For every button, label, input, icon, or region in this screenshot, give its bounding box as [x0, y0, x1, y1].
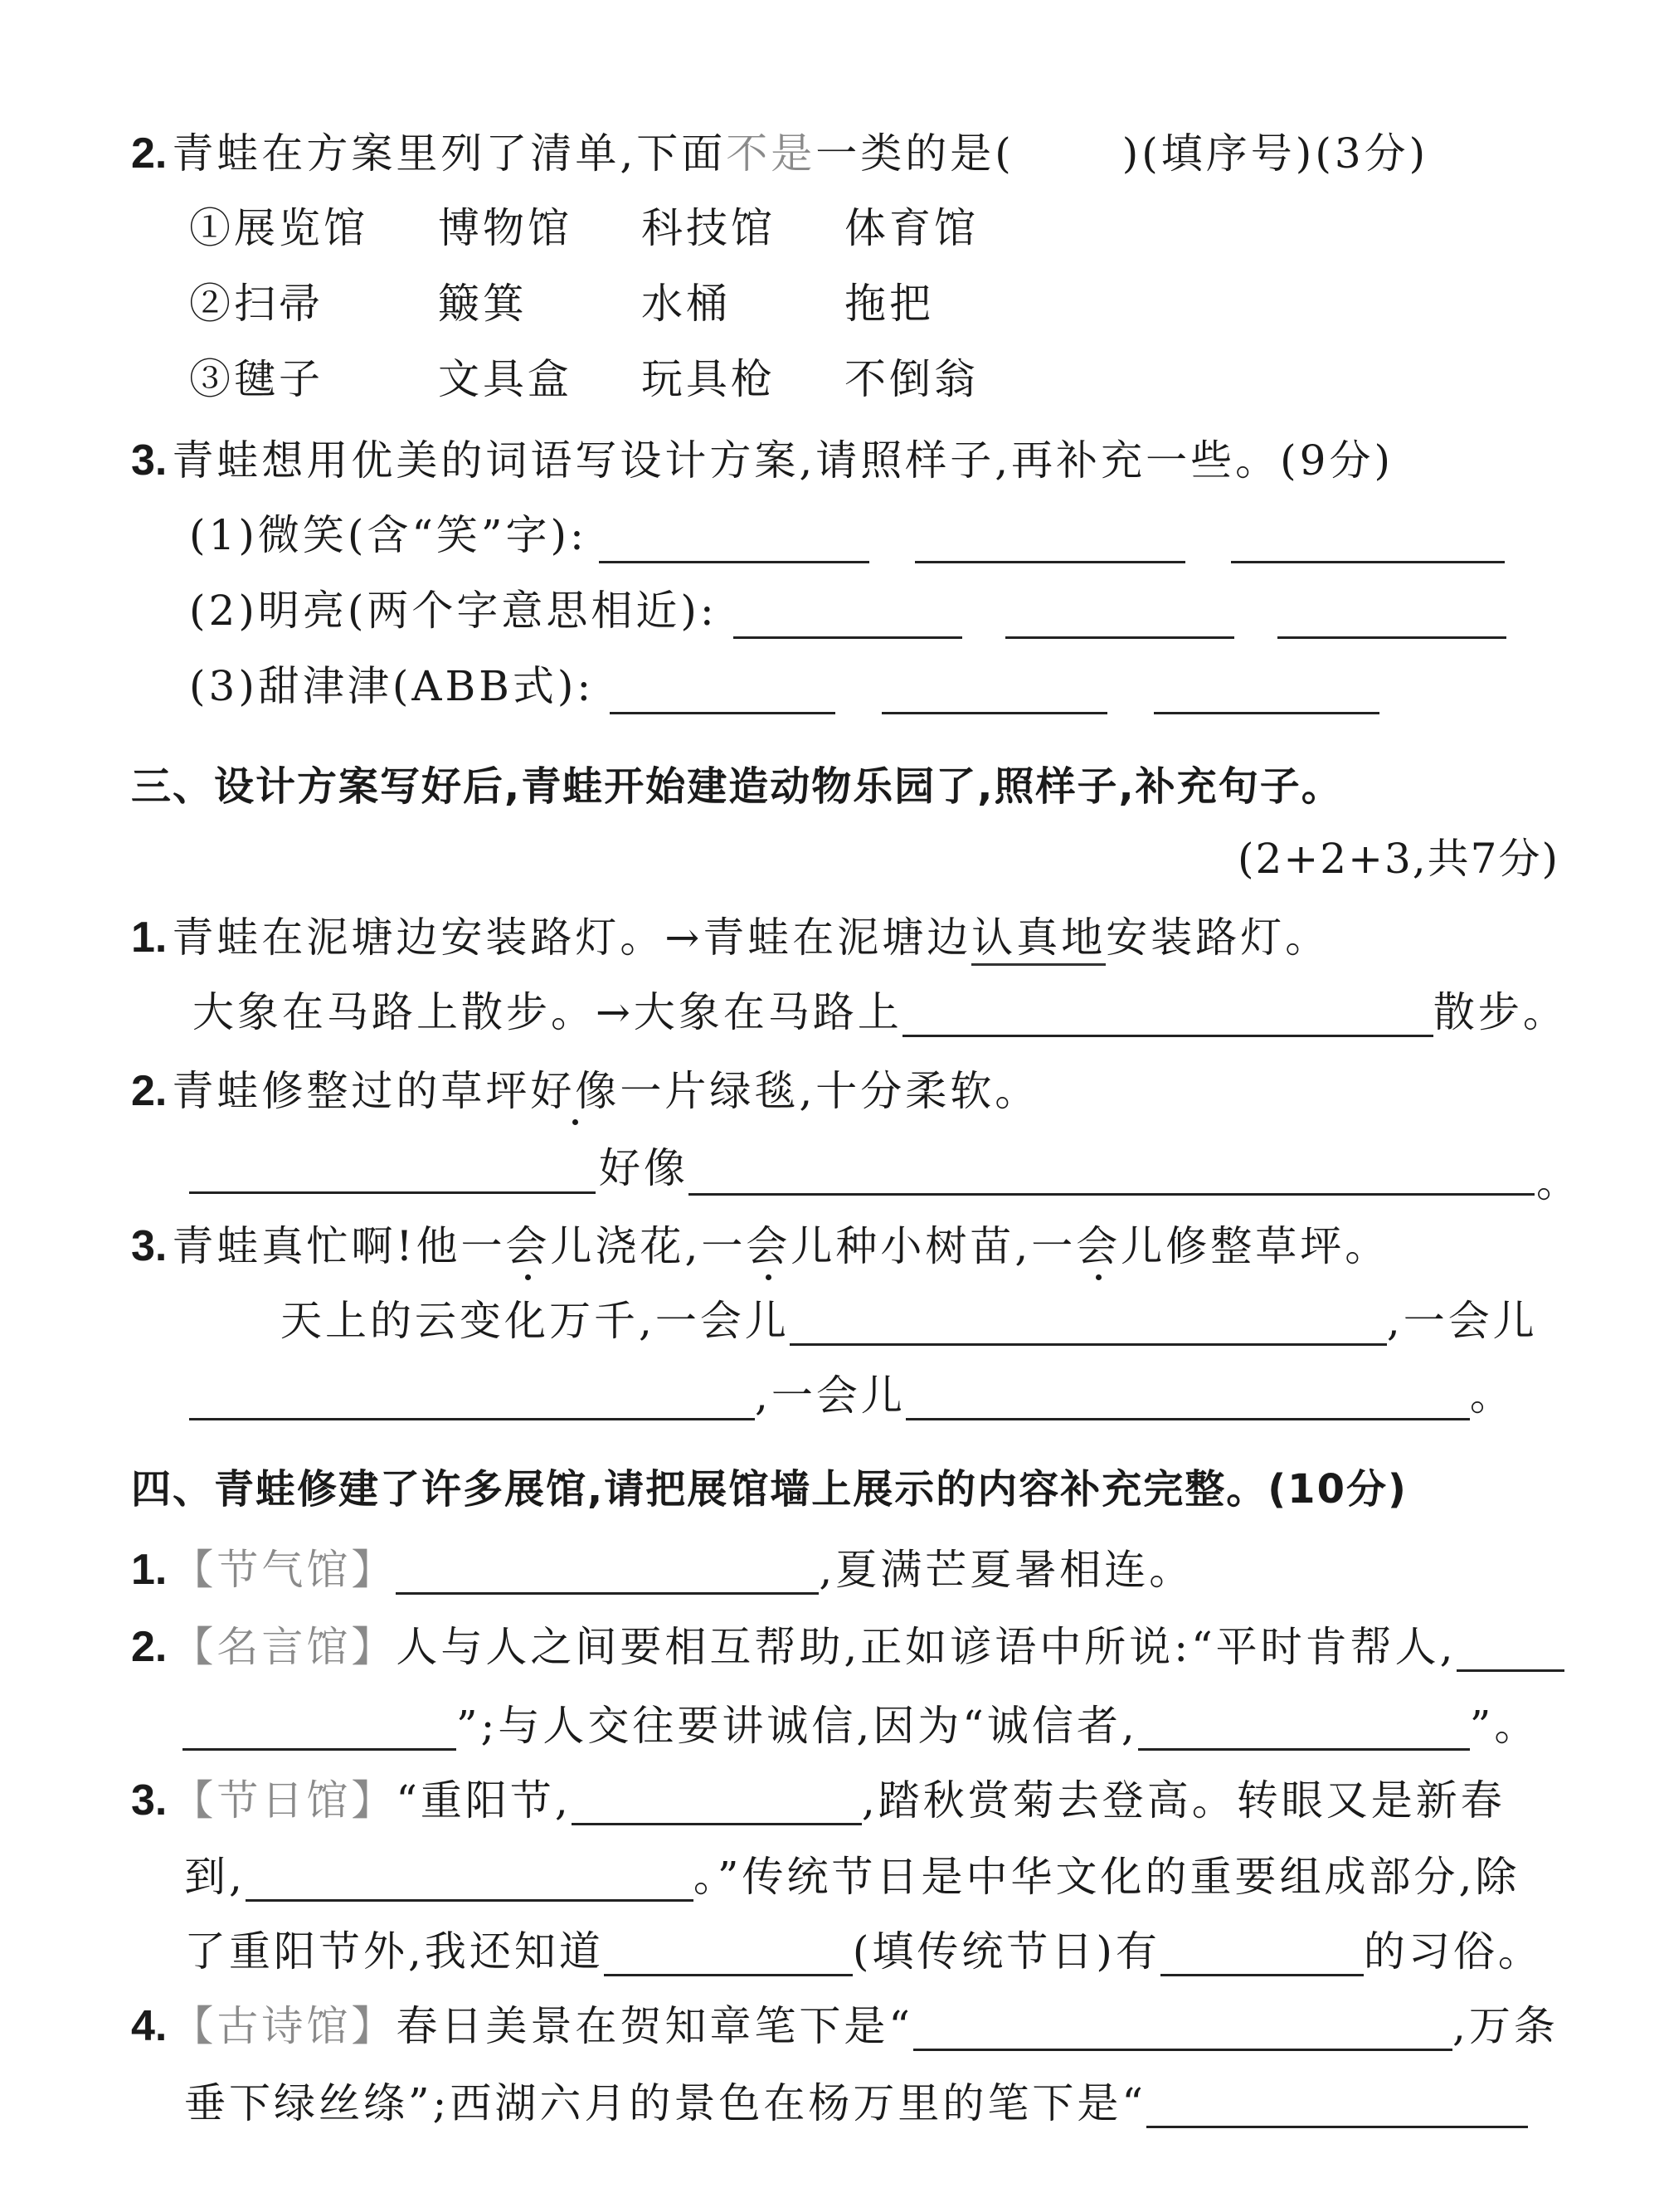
hall-tag: 【古诗馆】	[172, 2002, 396, 2050]
answer-blank[interactable]	[1005, 636, 1234, 639]
answer-blank[interactable]	[610, 712, 835, 714]
q2-stem: 2.青蛙在方案里列了清单,下面不是一类的是()(填序号)(3分)	[131, 129, 1428, 178]
example-text: 一片绿毯,十分柔软。	[620, 1067, 1039, 1115]
answer-blank[interactable]	[1231, 561, 1505, 563]
q2-option-3: ③毽子文具盒玩具枪不倒翁	[189, 354, 1048, 404]
option-word: 水桶	[641, 279, 844, 329]
option-word: 体育馆	[844, 203, 1048, 253]
hall-tag: 【名言馆】	[172, 1623, 396, 1671]
s3-q3-fill-2: ,一会儿。	[189, 1371, 1515, 1420]
answer-blank[interactable]	[688, 1193, 1535, 1196]
option-item: ②扫帚	[189, 279, 438, 329]
option-word: 毽子	[234, 355, 324, 403]
dotted-word: 一会儿	[460, 1222, 595, 1270]
q2-option-1: ①展览馆博物馆科技馆体育馆	[189, 203, 1048, 253]
emphasis-dots: 一会儿	[460, 1222, 595, 1270]
q2-score: )(填序号)(3分)	[1122, 129, 1428, 178]
q-text: 垂下绿丝绦”;西湖六月的景色在杨万里的笔下是“	[184, 2079, 1146, 2127]
q-text: 了重阳节外,我还知道	[184, 1927, 604, 1976]
sub-label: (1)微笑(含“笑”字):	[189, 511, 587, 559]
option-mark: ③	[189, 355, 234, 403]
q-text: “重阳节,	[396, 1776, 571, 1825]
q3-sub-3: (3)甜津津(ABB式):	[189, 661, 594, 711]
answer-blank[interactable]	[572, 1781, 862, 1825]
q-text: 。”传统节日是中华文化的重要组成部分,除	[693, 1853, 1520, 1901]
question-number: 2.	[131, 1067, 167, 1115]
q-text: ,踏秋赏菊去登高。转眼又是新春	[862, 1776, 1506, 1825]
dotted-word: 一会儿	[701, 1222, 835, 1270]
answer-blank[interactable]	[182, 1707, 456, 1751]
example-text: 浇花,	[595, 1222, 701, 1270]
q-text: ,夏满芒夏暑相连。	[819, 1546, 1194, 1594]
fill-text: ,一会儿	[1387, 1297, 1538, 1345]
option-mark: ①	[189, 204, 234, 252]
question-number: 3.	[131, 1776, 167, 1825]
answer-blank[interactable]	[396, 1551, 819, 1595]
example-text: 青蛙修整过的草坪	[172, 1067, 530, 1115]
q-text: 的习俗。	[1364, 1927, 1543, 1976]
fill-text: 散步。	[1433, 988, 1568, 1036]
option-item: ①展览馆	[189, 203, 438, 253]
answer-blank[interactable]	[915, 561, 1185, 563]
q3-sub-1: (1)微笑(含“笑”字):	[189, 510, 587, 560]
question-number: 3.	[131, 436, 167, 485]
q-text: 春日美景在贺知章笔下是“	[396, 2002, 913, 2050]
underlined-word: 认真地	[971, 914, 1106, 966]
answer-blank[interactable]	[246, 1858, 693, 1902]
option-word: 玩具枪	[641, 354, 844, 404]
answer-blank[interactable]	[604, 1932, 853, 1976]
q-text: 到,	[184, 1853, 246, 1901]
fill-text: 大象在马路上散步。→大象在马路上	[192, 988, 902, 1036]
question-number: 1.	[131, 1546, 167, 1594]
example-text: 青蛙在泥塘边安装路灯。→青蛙在泥塘边	[172, 914, 971, 962]
answer-blank[interactable]	[1457, 1628, 1564, 1672]
s3-q2-example: 2.青蛙修整过的草坪好像一片绿毯,十分柔软。	[131, 1066, 1039, 1116]
option-word: 簸箕	[438, 279, 641, 329]
question-number: 4.	[131, 2002, 167, 2050]
q3-sub-2: (2)明亮(两个字意思相近):	[189, 586, 718, 636]
s4-q2-line2: ”;与人交往要讲诚信,因为“诚信者,”。	[182, 1701, 1539, 1751]
s4-q3-line2: 到,。”传统节日是中华文化的重要组成部分,除	[184, 1852, 1520, 1902]
question-number: 2.	[131, 1623, 167, 1671]
answer-blank[interactable]	[1277, 636, 1506, 639]
s3-q3-fill-1: 天上的云变化万千,一会儿,一会儿	[280, 1296, 1538, 1346]
s3-q2-fill-end: 。	[1536, 1157, 1581, 1207]
question-number: 3.	[131, 1222, 167, 1270]
q-text: ”;与人交往要讲诚信,因为“诚信者,	[456, 1702, 1138, 1750]
option-word: 扫帚	[234, 280, 324, 328]
option-word: 博物馆	[438, 203, 641, 253]
option-word: 文具盒	[438, 354, 641, 404]
section-3-score: (2+2+3,共7分)	[1238, 834, 1559, 884]
answer-blank[interactable]	[790, 1302, 1387, 1346]
example-text: 种小树苗,	[835, 1222, 1031, 1270]
option-item: ③毽子	[189, 354, 438, 404]
q3-text: 青蛙想用优美的词语写设计方案,请照样子,再补充一些。(9分)	[172, 436, 1394, 485]
q2-text-b: 一类的是(	[815, 129, 1014, 178]
answer-blank[interactable]	[902, 993, 1433, 1037]
answer-blank[interactable]	[1138, 1707, 1470, 1751]
option-word: 拖把	[844, 279, 1048, 329]
answer-blank[interactable]	[906, 1376, 1470, 1420]
example-text: 安装路灯。	[1106, 914, 1330, 962]
q2-text: 青蛙在方案里列了清单,下面	[172, 129, 726, 178]
q-text: ,万条	[1452, 2002, 1559, 2050]
s4-q2-line1: 2.【名言馆】人与人之间要相互帮助,正如谚语中所说:“平时肯帮人,	[131, 1622, 1564, 1672]
q3-stem: 3.青蛙想用优美的词语写设计方案,请照样子,再补充一些。(9分)	[131, 436, 1394, 485]
answer-blank[interactable]	[733, 636, 962, 639]
emphasis-dots: 一会儿	[701, 1222, 835, 1270]
question-number: 1.	[131, 914, 167, 962]
s3-q1-fill: 大象在马路上散步。→大象在马路上散步。	[192, 987, 1568, 1037]
section-4-title: 四、青蛙修建了许多展馆,请把展馆墙上展示的内容补充完整。(10分)	[131, 1464, 1408, 1514]
answer-blank[interactable]	[599, 561, 869, 563]
s3-q2-fill-mid: 好像	[599, 1143, 688, 1193]
hall-tag: 【节日馆】	[172, 1776, 396, 1825]
option-word: 不倒翁	[844, 354, 1048, 404]
answer-blank[interactable]	[1160, 1932, 1364, 1976]
option-mark: ②	[189, 280, 234, 328]
q-text: (填传统节日)有	[853, 1927, 1160, 1976]
sub-label: (3)甜津津(ABB式):	[189, 662, 594, 710]
answer-blank[interactable]	[189, 1376, 755, 1420]
s4-q3-line3: 了重阳节外,我还知道(填传统节日)有的习俗。	[184, 1927, 1543, 1976]
answer-blank[interactable]	[189, 1191, 596, 1194]
q2-option-2: ②扫帚簸箕水桶拖把	[189, 279, 1048, 329]
s3-q3-example: 3.青蛙真忙啊!他一会儿浇花,一会儿种小树苗,一会儿修整草坪。	[131, 1221, 1389, 1271]
fill-text: 。	[1470, 1372, 1515, 1420]
s4-q4-line1: 4.【古诗馆】春日美景在贺知章笔下是“,万条	[131, 2001, 1559, 2051]
q-text: 人与人之间要相互帮助,正如谚语中所说:“平时肯帮人,	[396, 1623, 1456, 1671]
answer-blank[interactable]	[913, 2007, 1452, 2051]
dotted-word: 一会儿	[1031, 1222, 1165, 1270]
s4-q1: 1.【节气馆】,夏满芒夏暑相连。	[131, 1545, 1194, 1595]
fill-text: ,一会儿	[755, 1372, 906, 1420]
example-text: 修整草坪。	[1165, 1222, 1389, 1270]
emphasis-dots: 一会儿	[1031, 1222, 1165, 1270]
s4-q4-line2: 垂下绿丝绦”;西湖六月的景色在杨万里的笔下是“	[184, 2078, 1528, 2128]
fill-text: 天上的云变化万千,一会儿	[280, 1297, 790, 1345]
section-3-title: 三、设计方案写好后,青蛙开始建造动物乐园了,照样子,补充句子。	[131, 762, 1343, 811]
emphasis-not: 不是	[726, 129, 815, 178]
s3-q1-example: 1.青蛙在泥塘边安装路灯。→青蛙在泥塘边认真地安装路灯。	[131, 913, 1330, 962]
s4-q3-line1: 3.【节日馆】“重阳节,,踏秋赏菊去登高。转眼又是新春	[131, 1776, 1506, 1825]
emphasis-dots: 好像	[530, 1067, 620, 1115]
hall-tag: 【节气馆】	[172, 1546, 396, 1594]
answer-blank[interactable]	[1154, 712, 1379, 714]
answer-blank[interactable]	[1146, 2084, 1528, 2128]
option-word: 科技馆	[641, 203, 844, 253]
answer-blank[interactable]	[882, 712, 1107, 714]
question-number: 2.	[131, 129, 167, 178]
q-text: ”。	[1470, 1702, 1540, 1750]
option-word: 展览馆	[234, 204, 368, 252]
dotted-word: 好像	[530, 1067, 620, 1115]
example-text: 青蛙真忙啊!他	[172, 1222, 460, 1270]
sub-label: (2)明亮(两个字意思相近):	[189, 587, 718, 635]
